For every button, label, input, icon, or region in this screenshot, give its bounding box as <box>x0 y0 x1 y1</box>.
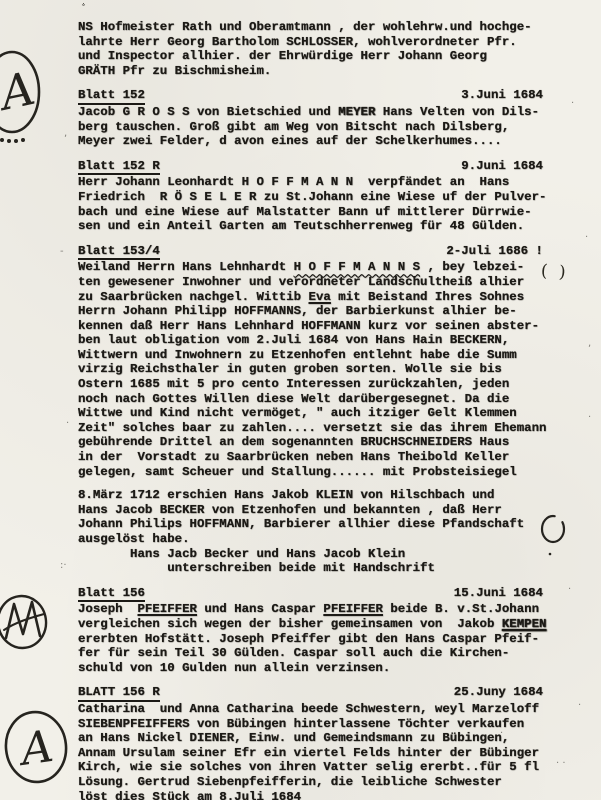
text-line: ten gewesener Inwohner und verordneter L… <box>78 275 543 290</box>
text-line: Hans Jacob BECKER von Etzenhofen und bek… <box>78 503 543 518</box>
text-line: virzig Reichsthaler in guten groben sort… <box>78 362 543 377</box>
entry-heading: Blatt 153/4 <box>78 244 160 261</box>
stray-mark: :· <box>60 560 67 571</box>
intro-paragraph: NS Hofmeister Rath und Oberamtmann , der… <box>78 20 543 78</box>
entry-heading-row: Blatt 153/42-Juli 1686 ! <box>78 244 543 261</box>
text-block: Jacob G R O S S von Bietschied und MEYER… <box>78 105 543 149</box>
stray-mark: · <box>571 98 574 109</box>
margin-circle-mark <box>538 514 572 558</box>
stray-mark: , <box>64 128 67 139</box>
text-segment: Joseph <box>78 602 138 616</box>
text-segment: zu Saarbrücken nachgel. Wittib <box>78 290 309 304</box>
text-line: an Hans Nickel DIENER, Einw. und Gemeind… <box>78 731 543 746</box>
text-line: Kirch, wie sie solches von ihren Vatter … <box>78 760 543 775</box>
text-line: Wittwe und Kind nicht vermöget, " auch i… <box>78 406 543 421</box>
text-line: sen und ein Anteil Garten am Teutschherr… <box>78 219 543 234</box>
text-block: Herr Johann Leonhardt H O F F M A N N ve… <box>78 175 543 233</box>
text-segment: Hans Velten von Dils- <box>375 105 539 119</box>
text-block: Weiland Herrn Hans Lehnhardt H O F F M A… <box>78 260 543 479</box>
stray-mark: · <box>568 584 571 595</box>
text-line: Catharina und Anna Catharina beede Schwe… <box>78 702 543 717</box>
text-line: Meyer zwei Felder, d avon eines auf der … <box>78 134 543 149</box>
text-line: SIEBENPFEIFFERS von Bübingen hinterlasse… <box>78 717 543 732</box>
text-line: lahrte Herr Georg Bartholom SCHLOSSER, w… <box>78 35 543 50</box>
text-line: zu Saarbrücken nachgel. Wittib Eva mit B… <box>78 290 543 305</box>
emphasized-text: am 8.Juli 1684 <box>197 790 301 800</box>
register-entry: Blatt 1523.Juni 1684Jacob G R O S S von … <box>78 88 543 148</box>
text-line: Jacob G R O S S von Bietschied und MEYER… <box>78 105 543 120</box>
text-line: Hans Jacb Becker und Hans Jacob Klein <box>78 547 543 562</box>
margin-annotation-middle: M <box>0 592 56 654</box>
emphasized-text: PFEIFFER <box>138 602 198 616</box>
text-line: vergleichen sich wegen der bisher gemein… <box>78 617 543 632</box>
text-line: Lösung. Gertrud Siebenpfeifferin, die le… <box>78 775 543 790</box>
register-entry: Blatt 15615.Juni 1684Joseph PFEIFFER und… <box>78 586 543 676</box>
text-line: 8.März 1712 erschien Hans Jakob KLEIN vo… <box>78 488 543 503</box>
text-line: Herr Johann Leonhardt H O F F M A N N ve… <box>78 175 543 190</box>
text-line: Wittwern und Inwohnern zu Etzenhofen ent… <box>78 348 543 363</box>
entry-date: 2-Juli 1686 ! <box>446 244 543 259</box>
stray-mark: · <box>578 700 581 711</box>
entry-date: 15.Juni 1684 <box>454 586 543 601</box>
text-line: Zeit" solches baar zu zahlen.... versetz… <box>78 421 543 436</box>
stray-mark: · <box>66 418 69 429</box>
text-segment: vergleichen sich wegen der bisher gemein… <box>78 617 502 631</box>
scribble-monogram-icon: M <box>0 592 56 654</box>
document-body: NS Hofmeister Rath und Oberamtmann , der… <box>78 20 543 800</box>
scanned-document-page: NS Hofmeister Rath und Oberamtmann , der… <box>0 0 601 800</box>
text-line: unterschreiben beide mit Handschrift <box>78 561 543 576</box>
text-block: Catharina und Anna Catharina beede Schwe… <box>78 702 543 800</box>
text-segment: löst dies Stück <box>78 790 197 800</box>
text-line: ausgelöst habe. <box>78 532 543 547</box>
text-line: kennen daß Herr Hans Lehnhard HOFFMANN k… <box>78 319 543 334</box>
emphasized-text: PFEIFFER <box>323 602 383 616</box>
stray-mark: · <box>588 412 591 423</box>
text-segment: Jacob G R O S S von Bietschied und <box>78 105 338 119</box>
text-line: NS Hofmeister Rath und Oberamtmann , der… <box>78 20 543 35</box>
text-line: Annam Ursulam seiner Efr ein viertel Fel… <box>78 746 543 761</box>
text-line: und Inspector allhier. der Ehrwürdige He… <box>78 49 543 64</box>
text-line: bach und eine Wiese auf Malstatter Bann … <box>78 205 543 220</box>
entry-date: 9.Juni 1684 <box>461 159 543 174</box>
text-line: ben laut obligation vom 2.Juli 1684 von … <box>78 333 543 348</box>
stray-mark: · <box>500 728 503 739</box>
emphasized-text: MEYER <box>338 105 375 119</box>
circled-letter-icon: A <box>0 48 62 148</box>
emphasized-text: KEMPEN <box>502 617 547 631</box>
entry-heading-row: Blatt 152 R9.Juni 1684 <box>78 159 543 176</box>
entry-heading: Blatt 152 <box>78 88 145 105</box>
text-block: NS Hofmeister Rath und Oberamtmann , der… <box>78 20 543 78</box>
stray-mark: - <box>60 246 64 257</box>
stray-mark: · <box>585 232 588 243</box>
text-line: gebührende Drittel an dem sogenannten BR… <box>78 435 543 450</box>
text-segment: mit Beistand Ihres Sohnes <box>331 290 524 304</box>
text-segment: beide B. v.St.Johann <box>383 602 539 616</box>
text-line: berg tauschen. Groß gibt am Weg von Bits… <box>78 120 543 135</box>
text-line: löst dies Stück am 8.Juli 1684 <box>78 790 543 800</box>
entry-heading-row: Blatt 15615.Juni 1684 <box>78 586 543 603</box>
text-line: in der Vorstadt zu Saarbrücken neben Han… <box>78 450 543 465</box>
text-line: gelegen, samt Scheuer und Stallung......… <box>78 465 543 480</box>
register-entry: Blatt 152 R9.Juni 1684Herr Johann Leonha… <box>78 159 543 234</box>
stray-mark: , <box>588 338 591 349</box>
register-entry: BLATT 156 R25.Juny 1684Catharina und Ann… <box>78 685 543 800</box>
text-segment: Weiland Herrn Hans Lehnhardt <box>78 260 294 274</box>
entry-heading: Blatt 156 <box>78 586 145 603</box>
entry-heading-row: Blatt 1523.Juni 1684 <box>78 88 543 105</box>
text-segment: und Hans Caspar <box>197 602 323 616</box>
annotation-letter: A <box>0 61 39 122</box>
text-line: schuld von 10 Gulden nun allein verzinse… <box>78 661 543 676</box>
margin-annotation-top: A <box>0 48 62 148</box>
text-line: Weiland Herrn Hans Lehnhardt H O F F M A… <box>78 260 543 275</box>
text-line: fer für sein Teil 30 Gülden. Caspar soll… <box>78 646 543 661</box>
circled-letter-icon: A <box>2 708 74 788</box>
text-block: 8.März 1712 erschien Hans Jakob KLEIN vo… <box>78 488 543 576</box>
text-line: Johann Philips HOFFMANN, Barbierer allhi… <box>78 517 543 532</box>
text-line: noch nach Gottes Willen diese Welt darüb… <box>78 392 543 407</box>
text-block: Joseph PFEIFFER und Hans Caspar PFEIFFER… <box>78 602 543 675</box>
register-entry: Blatt 153/42-Juli 1686 !Weiland Herrn Ha… <box>78 244 543 576</box>
text-line: GRÄTH Pfr zu Bischmisheim. <box>78 64 543 79</box>
stray-mark: · · <box>556 758 566 769</box>
margin-annotation-bottom: A <box>2 708 74 788</box>
margin-paren-mark: ( ) <box>540 261 569 283</box>
text-segment: , bey lebzei- <box>420 260 524 274</box>
emphasized-text: Eva <box>309 290 331 304</box>
text-line: Ostern 1685 mit 5 pro cento Interessen z… <box>78 377 543 392</box>
entry-heading: BLATT 156 R <box>78 685 160 702</box>
text-line: Friedrich R Ö S E L E R zu St.Johann ein… <box>78 190 543 205</box>
entry-date: 3.Juni 1684 <box>461 88 543 103</box>
text-line: ererbten Hofstätt. Joseph Pfeiffer gibt … <box>78 632 543 647</box>
entry-heading-row: BLATT 156 R25.Juny 1684 <box>78 685 543 702</box>
annotation-letter: A <box>14 721 57 776</box>
entry-date: 25.Juny 1684 <box>454 685 543 700</box>
emphasized-text: H O F F M A N N S <box>294 260 420 274</box>
small-circle-icon <box>538 514 572 558</box>
text-line: Joseph PFEIFFER und Hans Caspar PFEIFFER… <box>78 602 543 617</box>
text-line: Herrn Johann Philipp HOFFMANNS, der Barb… <box>78 304 543 319</box>
entry-heading: Blatt 152 R <box>78 159 160 176</box>
